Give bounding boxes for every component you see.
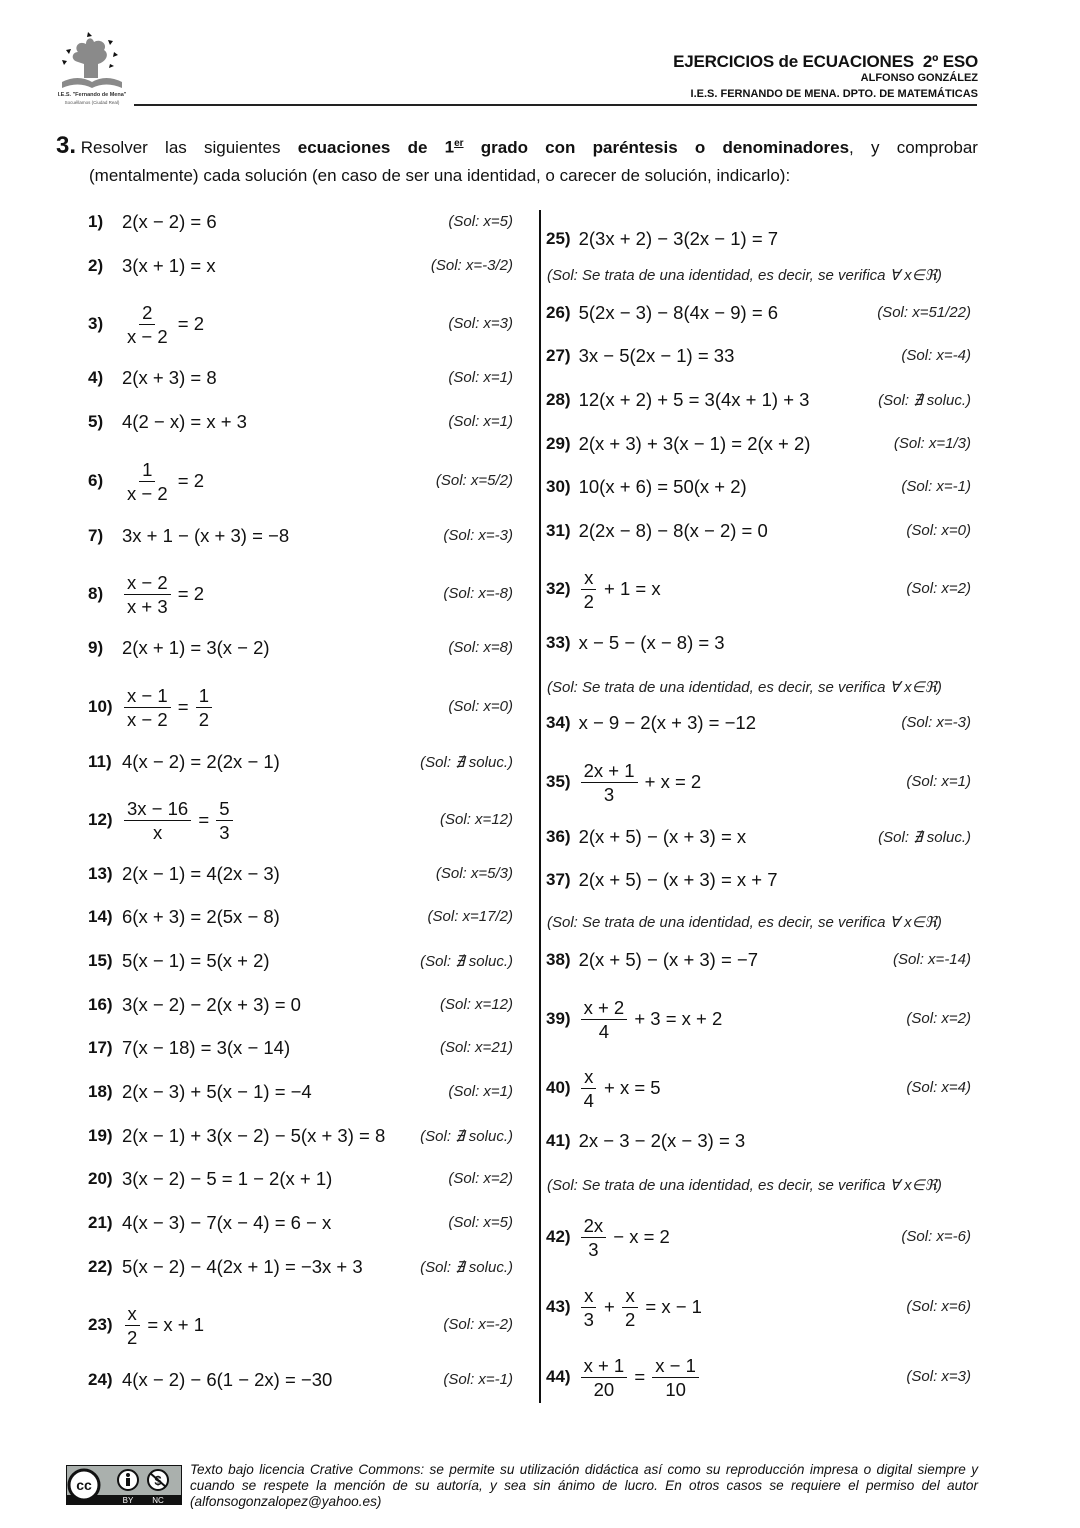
denominator: 20 — [591, 1378, 618, 1401]
denominator: 3 — [585, 1238, 601, 1261]
exercise-index: 38) — [546, 950, 571, 970]
fraction: 3x − 16x — [124, 797, 191, 844]
exercise-index: 9) — [88, 638, 114, 658]
intro-bold: ecuaciones — [298, 134, 391, 162]
numerator: 2x — [581, 1214, 607, 1238]
equation-rest: = x + 1 — [142, 1314, 204, 1336]
exercise-item: 33)x − 5 − (x − 8) = 3 — [546, 629, 725, 657]
numerator: x + 2 — [581, 996, 628, 1020]
equation: 2(x + 5) − (x + 3) = x + 7 — [579, 869, 778, 891]
equation: 5(x − 2) − 4(2x + 1) = −3x + 3 — [122, 1256, 363, 1278]
solution-label: (Sol: x=-6) — [901, 1228, 971, 1245]
exercise-index: 1) — [88, 212, 114, 232]
operator: + — [599, 1296, 620, 1318]
numerator: 2 — [139, 301, 155, 325]
exercise-item: 21)4(x − 3) − 7(x − 4) = 6 − x — [88, 1209, 331, 1237]
exercise-item: 25)2(3x + 2) − 3(2x − 1) = 7 — [546, 225, 778, 253]
equation-rest: + 1 = x — [599, 578, 661, 600]
denominator: 2 — [196, 708, 212, 731]
equation: 5(x − 1) = 5(x + 2) — [122, 950, 270, 972]
equation-rest: = 2 — [173, 583, 204, 605]
numerator: x — [581, 1284, 596, 1308]
exercise-index: 26) — [546, 303, 571, 323]
solution-label: (Sol: x=1) — [448, 413, 513, 430]
exercise-index: 15) — [88, 951, 114, 971]
equation: 2(x − 3) + 5(x − 1) = −4 — [122, 1081, 312, 1103]
intro-bold: o — [695, 134, 705, 162]
equation-rest: + 3 = x + 2 — [629, 1008, 722, 1030]
exercise-index: 18) — [88, 1082, 114, 1102]
exercise-item: 37)2(x + 5) − (x + 3) = x + 7 — [546, 866, 778, 894]
exercise-item: 9)2(x + 1) = 3(x − 2) — [88, 634, 270, 662]
equation-rest: + x = 5 — [599, 1077, 661, 1099]
solution-label: (Sol: x=6) — [906, 1298, 971, 1315]
exercise-index: 30) — [546, 477, 571, 497]
equation: 2x − 3 − 2(x − 3) = 3 — [579, 1130, 746, 1152]
equation: 2(x + 1) = 3(x − 2) — [122, 637, 270, 659]
header-divider — [134, 104, 977, 106]
exercise-index: 17) — [88, 1038, 114, 1058]
exercise-index: 8) — [88, 584, 114, 604]
solution-label: (Sol: x=-4) — [901, 347, 971, 364]
equation: 3(x + 1) = x — [122, 255, 216, 277]
solution-label: (Sol: ∄ soluc.) — [420, 1258, 513, 1276]
equation: 12(x + 2) + 5 = 3(4x + 1) + 3 — [579, 389, 810, 411]
equation: 4(x − 3) − 7(x − 4) = 6 − x — [122, 1212, 331, 1234]
identity-solution-label: (Sol: Se trata de una identidad, es deci… — [547, 678, 942, 696]
attribution-icon — [126, 1473, 130, 1477]
denominator: 3 — [216, 821, 232, 844]
identity-solution-label: (Sol: Se trata de una identidad, es deci… — [547, 266, 942, 284]
fraction: x + 120 — [581, 1354, 628, 1401]
equation: 10(x + 6) = 50(x + 2) — [579, 476, 747, 498]
exercise-index: 21) — [88, 1213, 114, 1233]
exercise-index: 10) — [88, 697, 114, 717]
solution-label: (Sol: ∄ soluc.) — [420, 1127, 513, 1145]
intro-word: siguientes — [204, 134, 281, 162]
exercise-item: 10)x − 1x − 2 = 12 — [88, 693, 214, 721]
denominator: x − 2 — [124, 325, 171, 348]
equation: 4(x − 2) = 2(2x − 1) — [122, 751, 280, 773]
exercise-index: 44) — [546, 1367, 571, 1387]
equation: x − 5 − (x − 8) = 3 — [579, 632, 725, 654]
exercise-item: 38)2(x + 5) − (x + 3) = −7 — [546, 946, 758, 974]
cc-icon: cc — [76, 1477, 92, 1493]
denominator: x − 2 — [124, 708, 171, 731]
exercise-item: 43)x3 + x2 = x − 1 — [546, 1293, 702, 1321]
column-divider — [539, 210, 541, 1403]
intro-bold: con — [545, 134, 575, 162]
exercise-index: 32) — [546, 579, 571, 599]
school-logo: I.E.S. "Fernando de Mena" Socuéllamos (C… — [48, 30, 136, 110]
solution-label: (Sol: x=5/2) — [436, 472, 513, 489]
equation: 2(x − 1) + 3(x − 2) − 5(x + 3) = 8 — [122, 1125, 385, 1147]
fraction: x − 1x − 2 — [124, 684, 171, 731]
numerator: 3x − 16 — [124, 797, 191, 821]
equation-rest: = x − 1 — [640, 1296, 702, 1318]
denominator: 3 — [601, 783, 617, 806]
numerator: x + 1 — [581, 1354, 628, 1378]
denominator: x — [150, 821, 165, 844]
equation-rest: = 2 — [173, 470, 204, 492]
exercise-item: 23)x2 = x + 1 — [88, 1311, 204, 1339]
solution-label: (Sol: x=0) — [906, 522, 971, 539]
solution-label: (Sol: x=1) — [448, 1083, 513, 1100]
equation: 2(x − 2) = 6 — [122, 211, 217, 233]
exercise-index: 37) — [546, 870, 571, 890]
solution-label: (Sol: x=-3/2) — [431, 257, 513, 274]
denominator: 2 — [622, 1308, 638, 1331]
exercise-item: 39)x + 24 + 3 = x + 2 — [546, 1005, 722, 1033]
fraction: 2x − 2 — [124, 301, 171, 348]
solution-label: (Sol: x=2) — [448, 1170, 513, 1187]
solution-label: (Sol: x=-2) — [443, 1316, 513, 1333]
exercise-index: 35) — [546, 772, 571, 792]
exercise-item: 2)3(x + 1) = x — [88, 252, 216, 280]
exercise-index: 13) — [88, 864, 114, 884]
exercise-index: 39) — [546, 1009, 571, 1029]
document-title: EJERCICIOS de ECUACIONES 2º ESO — [673, 52, 978, 72]
exercise-item: 41)2x − 3 − 2(x − 3) = 3 — [546, 1127, 745, 1155]
exercise-item: 17)7(x − 18) = 3(x − 14) — [88, 1034, 290, 1062]
solution-label: (Sol: x=0) — [448, 698, 513, 715]
exercise-item: 31)2(2x − 8) − 8(x − 2) = 0 — [546, 517, 768, 545]
solution-label: (Sol: x=-3) — [901, 714, 971, 731]
exercise-index: 36) — [546, 827, 571, 847]
school-department: I.E.S. FERNANDO DE MENA. DPTO. DE MATEMÁ… — [691, 88, 978, 100]
ordinal-suffix: er — [454, 138, 463, 149]
exercise-item: 15)5(x − 1) = 5(x + 2) — [88, 947, 270, 975]
exercise-item: 35)2x + 13 + x = 2 — [546, 768, 701, 796]
equation: 2(x + 3) + 3(x − 1) = 2(x + 2) — [579, 433, 811, 455]
exercise-item: 8)x − 2x + 3 = 2 — [88, 580, 204, 608]
exercise-index: 12) — [88, 810, 114, 830]
exercise-item: 28)12(x + 2) + 5 = 3(4x + 1) + 3 — [546, 386, 809, 414]
equation: 2(x + 5) − (x + 3) = −7 — [579, 949, 758, 971]
fraction: x4 — [581, 1065, 597, 1112]
numerator: x — [581, 1065, 596, 1089]
fraction: x2 — [581, 566, 597, 613]
solution-label: (Sol: x=3) — [906, 1368, 971, 1385]
exercise-item: 29)2(x + 3) + 3(x − 1) = 2(x + 2) — [546, 430, 810, 458]
intro-bold: paréntesis — [593, 134, 678, 162]
exercise-index: 14) — [88, 907, 114, 927]
exercise-item: 7)3x + 1 − (x + 3) = −8 — [88, 522, 289, 550]
exercise-index: 24) — [88, 1370, 114, 1390]
solution-label: (Sol: x=-3) — [443, 527, 513, 544]
denominator: 4 — [581, 1089, 597, 1112]
denominator: x − 2 — [124, 482, 171, 505]
tree-book-icon — [48, 30, 136, 92]
operator: = — [173, 696, 194, 718]
exercise-item: 44)x + 120 = x − 110 — [546, 1363, 701, 1391]
exercise-item: 26)5(2x − 3) − 8(4x − 9) = 6 — [546, 299, 778, 327]
equation: 2(x + 3) = 8 — [122, 367, 217, 389]
exercise-item: 6)1x − 2 = 2 — [88, 467, 204, 495]
solution-label: (Sol: x=5) — [448, 213, 513, 230]
intro-word: comprobar — [897, 134, 978, 162]
exercise-item: 18)2(x − 3) + 5(x − 1) = −4 — [88, 1078, 312, 1106]
equation: 5(2x − 3) − 8(4x − 9) = 6 — [579, 302, 779, 324]
intro-bold: grado — [481, 134, 528, 162]
exercise-item: 40)x4 + x = 5 — [546, 1074, 661, 1102]
fraction: 12 — [196, 684, 212, 731]
equation-rest: − x = 2 — [608, 1226, 670, 1248]
equation: 6(x + 3) = 2(5x − 8) — [122, 906, 280, 928]
solution-label: (Sol: x=17/2) — [428, 908, 513, 925]
fraction: 1x − 2 — [124, 458, 171, 505]
numerator: x — [622, 1284, 637, 1308]
equation: 7(x − 18) = 3(x − 14) — [122, 1037, 290, 1059]
identity-solution-label: (Sol: Se trata de una identidad, es deci… — [547, 1176, 942, 1194]
exercise-index: 42) — [546, 1227, 571, 1247]
exercise-index: 22) — [88, 1257, 114, 1277]
numerator: 1 — [139, 458, 155, 482]
solution-label: (Sol: ∄ soluc.) — [878, 391, 971, 409]
exercise-index: 33) — [546, 633, 571, 653]
exercise-index: 19) — [88, 1126, 114, 1146]
solution-label: (Sol: x=5/3) — [436, 865, 513, 882]
solution-label: (Sol: x=-1) — [443, 1371, 513, 1388]
intro-bold: denominadores — [722, 138, 849, 157]
fraction: x − 2x + 3 — [124, 571, 171, 618]
fraction: x2 — [622, 1284, 638, 1331]
logo-subcaption: Socuéllamos (Ciudad Real) — [48, 100, 136, 105]
solution-label: (Sol: x=-8) — [443, 585, 513, 602]
solution-label: (Sol: x=21) — [440, 1039, 513, 1056]
intro-word: y — [871, 134, 880, 162]
fraction: 2x3 — [581, 1214, 607, 1261]
equation: 4(2 − x) = x + 3 — [122, 411, 247, 433]
fraction: x2 — [124, 1302, 140, 1349]
exercise-index: 3) — [88, 314, 114, 334]
equation: 2(2x − 8) − 8(x − 2) = 0 — [579, 520, 768, 542]
exercise-index: 20) — [88, 1169, 114, 1189]
exercise-item: 32)x2 + 1 = x — [546, 575, 661, 603]
denominator: 2 — [124, 1326, 140, 1349]
equation: 3x − 5(2x − 1) = 33 — [579, 345, 735, 367]
solution-label: (Sol: ∄ soluc.) — [878, 828, 971, 846]
equation: 2(3x + 2) − 3(2x − 1) = 7 — [579, 228, 779, 250]
numerator: x — [581, 566, 596, 590]
equation-rest: + x = 2 — [640, 771, 702, 793]
numerator: 1 — [196, 684, 212, 708]
fraction: x3 — [581, 1284, 597, 1331]
author-name: ALFONSO GONZÁLEZ — [861, 72, 978, 84]
solution-label: (Sol: x=1/3) — [894, 435, 971, 452]
identity-solution-label: (Sol: Se trata de una identidad, es deci… — [547, 913, 942, 931]
exercise-item: 3)2x − 2 = 2 — [88, 310, 204, 338]
numerator: x − 1 — [652, 1354, 699, 1378]
statement-line-2: (mentalmente) cada solución (en caso de … — [56, 162, 978, 190]
equation: 3(x − 2) − 2(x + 3) = 0 — [122, 994, 301, 1016]
exercise-item: 30)10(x + 6) = 50(x + 2) — [546, 473, 747, 501]
exercise-item: 11)4(x − 2) = 2(2x − 1) — [88, 748, 280, 776]
exercise-index: 31) — [546, 521, 571, 541]
solution-label: (Sol: x=8) — [448, 639, 513, 656]
exercise-number: 3. — [56, 132, 76, 159]
intro-word: , — [849, 138, 854, 157]
exercise-item: 12)3x − 16x = 53 — [88, 806, 235, 834]
denominator: 4 — [596, 1020, 612, 1043]
exercise-index: 29) — [546, 434, 571, 454]
intro-word: las — [165, 134, 187, 162]
exercise-index: 28) — [546, 390, 571, 410]
solution-label: (Sol: x=1) — [448, 369, 513, 386]
exercise-item: 34)x − 9 − 2(x + 3) = −12 — [546, 709, 756, 737]
exercise-item: 4)2(x + 3) = 8 — [88, 364, 217, 392]
exercise-index: 11) — [88, 752, 114, 772]
equation: 4(x − 2) − 6(1 − 2x) = −30 — [122, 1369, 332, 1391]
exercise-index: 6) — [88, 471, 114, 491]
numerator: x − 1 — [124, 684, 171, 708]
equation: 3(x − 2) − 5 = 1 − 2(x + 1) — [122, 1168, 332, 1190]
solution-label: (Sol: x=51/22) — [877, 304, 971, 321]
solution-label: (Sol: ∄ soluc.) — [420, 753, 513, 771]
denominator: x + 3 — [124, 595, 171, 618]
fraction: 53 — [216, 797, 232, 844]
exercise-item: 13)2(x − 1) = 4(2x − 3) — [88, 860, 280, 888]
exercise-item: 36)2(x + 5) − (x + 3) = x — [546, 823, 746, 851]
exercise-item: 19)2(x − 1) + 3(x − 2) − 5(x + 3) = 8 — [88, 1122, 385, 1150]
numerator: 5 — [216, 797, 232, 821]
solution-label: (Sol: x=4) — [906, 1079, 971, 1096]
exercise-item: 42)2x3 − x = 2 — [546, 1223, 670, 1251]
exercise-statement: 3. Resolver las siguientes ecuaciones de… — [56, 130, 978, 190]
denominator: 10 — [662, 1378, 689, 1401]
operator: = — [193, 809, 214, 831]
equation: x − 9 − 2(x + 3) = −12 — [579, 712, 756, 734]
exercise-index: 7) — [88, 526, 114, 546]
exercise-index: 4) — [88, 368, 114, 388]
fraction: 2x + 13 — [581, 759, 638, 806]
equation: 2(x + 5) − (x + 3) = x — [579, 826, 747, 848]
exercise-index: 2) — [88, 256, 114, 276]
equation: 2(x − 1) = 4(2x − 3) — [122, 863, 280, 885]
numerator: 2x + 1 — [581, 759, 638, 783]
exercise-index: 43) — [546, 1297, 571, 1317]
exercise-index: 23) — [88, 1315, 114, 1335]
solution-label: (Sol: x=5) — [448, 1214, 513, 1231]
solution-label: (Sol: ∄ soluc.) — [420, 952, 513, 970]
numerator: x − 2 — [124, 571, 171, 595]
solution-label: (Sol: x=-14) — [893, 951, 971, 968]
operator: = — [629, 1366, 650, 1388]
exercise-item: 1)2(x − 2) = 6 — [88, 208, 217, 236]
creative-commons-badge: cc $ BY NC — [66, 1465, 182, 1505]
fraction: x − 110 — [652, 1354, 699, 1401]
solution-label: (Sol: x=2) — [906, 580, 971, 597]
exercise-item: 20)3(x − 2) − 5 = 1 − 2(x + 1) — [88, 1165, 332, 1193]
fraction: x + 24 — [581, 996, 628, 1043]
equation: 3x + 1 − (x + 3) = −8 — [122, 525, 289, 547]
solution-label: (Sol: x=3) — [448, 315, 513, 332]
solution-label: (Sol: x=2) — [906, 1010, 971, 1027]
exercise-item: 16)3(x − 2) − 2(x + 3) = 0 — [88, 991, 301, 1019]
exercise-item: 5)4(2 − x) = x + 3 — [88, 408, 247, 436]
svg-text:BY: BY — [123, 1496, 134, 1505]
logo-caption: I.E.S. "Fernando de Mena" — [48, 92, 136, 98]
exercise-item: 27)3x − 5(2x − 1) = 33 — [546, 342, 734, 370]
exercise-index: 41) — [546, 1131, 571, 1151]
exercise-item: 14)6(x + 3) = 2(5x − 8) — [88, 903, 280, 931]
exercise-index: 40) — [546, 1078, 571, 1098]
solution-label: (Sol: x=12) — [440, 996, 513, 1013]
exercise-index: 25) — [546, 229, 571, 249]
ordinal-number: 1 — [445, 138, 454, 157]
solution-label: (Sol: x=12) — [440, 811, 513, 828]
exercise-item: 24)4(x − 2) − 6(1 − 2x) = −30 — [88, 1366, 332, 1394]
equation-rest: = 2 — [173, 313, 204, 335]
numerator: x — [125, 1302, 140, 1326]
exercise-index: 34) — [546, 713, 571, 733]
denominator: 3 — [581, 1308, 597, 1331]
exercise-index: 16) — [88, 995, 114, 1015]
solution-label: (Sol: x=1) — [906, 773, 971, 790]
denominator: 2 — [581, 590, 597, 613]
exercise-item: 22)5(x − 2) − 4(2x + 1) = −3x + 3 — [88, 1253, 363, 1281]
intro-word: Resolver — [81, 138, 148, 157]
intro-bold: de — [408, 134, 428, 162]
exercise-index: 5) — [88, 412, 114, 432]
license-notice: Texto bajo licencia Crative Commons: se … — [190, 1462, 978, 1510]
svg-text:NC: NC — [152, 1496, 164, 1505]
solution-label: (Sol: x=-1) — [901, 478, 971, 495]
exercise-index: 27) — [546, 346, 571, 366]
